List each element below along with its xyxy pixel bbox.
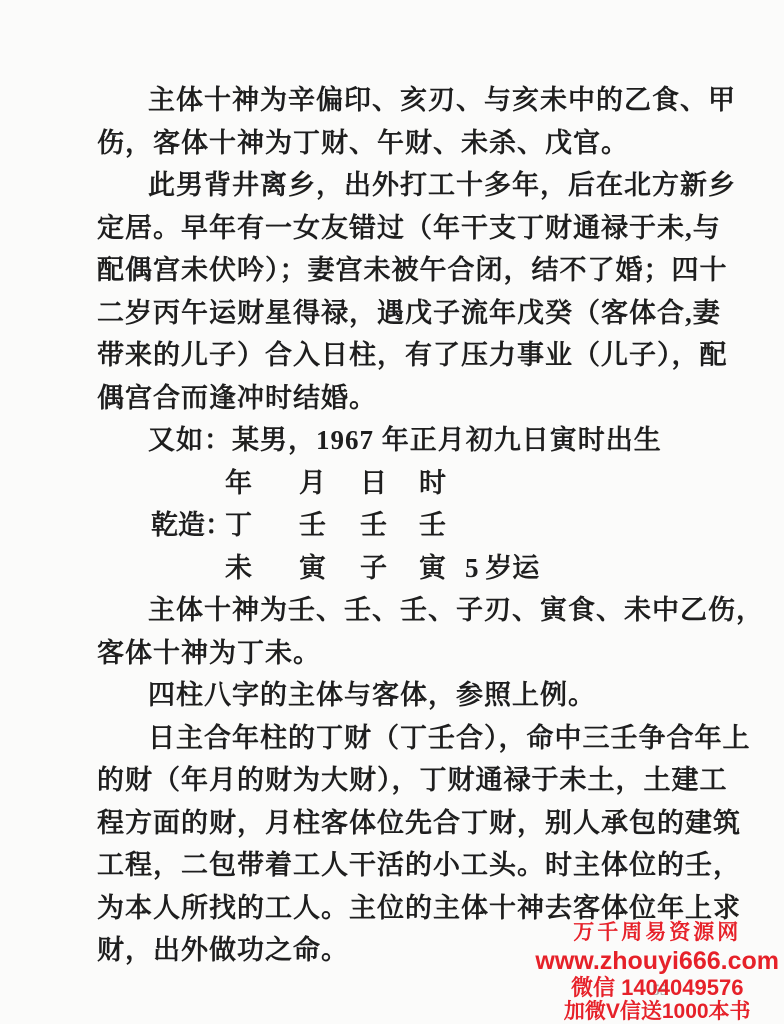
bazi-row-label: 乾造： <box>151 504 232 547</box>
text-line: 配偶宫未伏吟）；妻宫未被午合闭，结不了婚；四十 <box>97 249 722 292</box>
bazi-col-day: 日 <box>360 462 387 505</box>
bazi-stem-year: 丁 <box>225 504 252 547</box>
bazi-branch-year: 未 <box>225 547 252 590</box>
watermark-wechat-id: 微信 1404049576 <box>535 976 779 1000</box>
bazi-header-row: 年 月 日 时 <box>97 462 722 505</box>
text-line: 又如：某男，1967 年正月初九日寅时出生 <box>97 419 722 462</box>
bazi-stem-day: 壬 <box>360 504 387 547</box>
bazi-luck-start: 5 岁运 <box>465 547 539 590</box>
text-line: 偶宫合而逢冲时结婚。 <box>97 377 722 420</box>
text-line: 的财（年月的财为大财），丁财通禄于未土，土建工 <box>97 759 722 802</box>
watermark-url: www.zhouyi666.com <box>535 946 779 976</box>
text-line: 伤，客体十神为丁财、午财、未杀、戊官。 <box>97 122 722 165</box>
text-line: 带来的儿子）合入日柱，有了压力事业（儿子），配 <box>97 334 722 377</box>
bazi-stem-month: 壬 <box>299 504 326 547</box>
book-page: 主体十神为辛偏印、亥刃、与亥未中的乙食、甲 伤，客体十神为丁财、午财、未杀、戊官… <box>0 0 784 1024</box>
bazi-col-hour: 时 <box>419 462 446 505</box>
bazi-stem-hour: 壬 <box>419 504 446 547</box>
bazi-branch-month: 寅 <box>299 547 326 590</box>
text-line: 客体十神为丁未。 <box>97 632 722 675</box>
text-line: 日主合年柱的丁财（丁壬合），命中三壬争合年上 <box>97 717 722 760</box>
text-line: 工程，二包带着工人干活的小工头。时主体位的壬， <box>97 844 722 887</box>
bazi-col-month: 月 <box>299 462 326 505</box>
text-line: 定居。早年有一女友错过（年干支丁财通禄于未,与 <box>97 207 722 250</box>
text-line: 程方面的财，月柱客体位先合丁财，别人承包的建筑 <box>97 802 722 845</box>
bazi-branch-hour: 寅 <box>419 547 446 590</box>
text-line: 此男背井离乡，出外打工十多年，后在北方新乡 <box>97 164 722 207</box>
text-line: 主体十神为壬、壬、壬、子刃、寅食、未中乙伤， <box>97 589 722 632</box>
watermark-promo: 加微V信送1000本书 <box>535 1000 779 1023</box>
bazi-branch-day: 子 <box>360 547 387 590</box>
watermark-site-name: 万千周易资源网 <box>535 919 779 946</box>
text-line: 四柱八字的主体与客体，参照上例。 <box>97 674 722 717</box>
bazi-branches-row: 未 寅 子 寅 5 岁运 <box>97 547 722 590</box>
text-line: 二岁丙午运财星得禄，遇戊子流年戊癸（客体合,妻 <box>97 292 722 335</box>
watermark: 万千周易资源网 www.zhouyi666.com 微信 1404049576 … <box>535 919 779 1023</box>
page-text-block: 主体十神为辛偏印、亥刃、与亥未中的乙食、甲 伤，客体十神为丁财、午财、未杀、戊官… <box>97 79 722 972</box>
bazi-stems-row: 乾造： 丁 壬 壬 壬 <box>97 504 722 547</box>
text-line: 主体十神为辛偏印、亥刃、与亥未中的乙食、甲 <box>97 79 722 122</box>
bazi-col-year: 年 <box>225 462 252 505</box>
